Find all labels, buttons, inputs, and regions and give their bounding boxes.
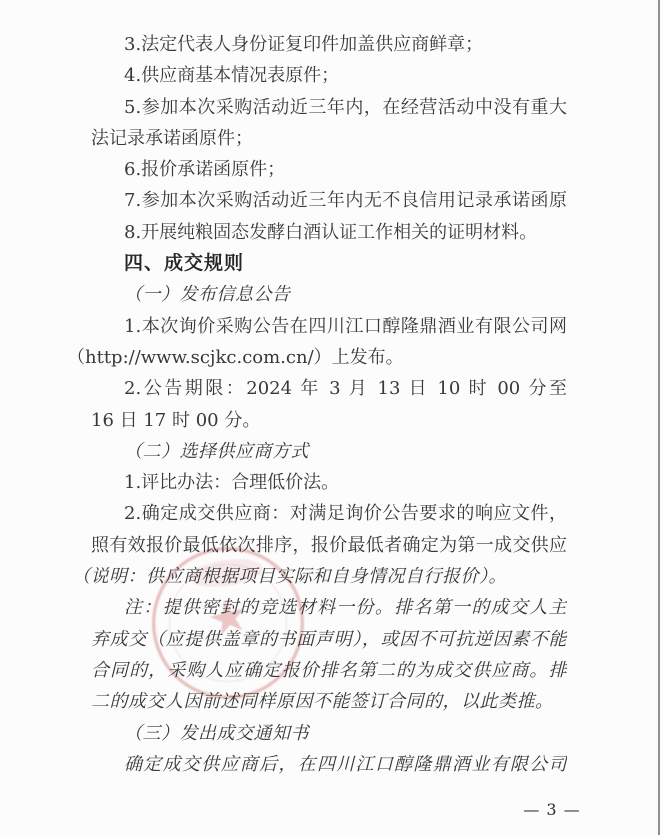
text-line: 二的成交人因前述同样原因不能签订合同的，以此类推。 [91,686,567,717]
page-number: — 3 — [512,800,592,819]
text-line: 2.公告期限：2024 年 3 月 13 日 10 时 00 分至 2024 年… [91,373,567,404]
subsection-heading: （二）选择供应商方式 [91,436,567,467]
text-line: 5.参加本次采购活动近三年内，在经营活动中没有重大违 [91,92,567,123]
text-line: 3.法定代表人身份证复印件加盖供应商鲜章； [91,29,567,60]
section-heading: 四、成交规则 [91,248,567,279]
text-line: 6.报价承诺函原件； [91,154,567,185]
text-line: （http://www.scjkc.com.cn/）上发布。 [67,342,567,373]
document-page: ★ 3.法定代表人身份证复印件加盖供应商鲜章； 4.供应商基本情况表原件； 5.… [0,0,661,835]
text-line: 2.确定成交供应商：对满足询价公告要求的响应文件，按 [91,498,567,529]
text-line: 照有效报价最低依次排序，报价最低者确定为第一成交供应商 [91,530,567,561]
text-line: 16 日 17 时 00 分。 [91,405,567,436]
text-line: 确定成交供应商后，在四川江口醇隆鼎酒业有限公司网站 [91,749,567,780]
text-line: 法记录承诺函原件； [91,123,567,154]
text-line: 1.本次询价采购公告在四川江口醇隆鼎酒业有限公司网站 [91,311,567,342]
text-line: 合同的，采购人应确定报价排名第二的为成交供应商。排名第 [91,655,567,686]
scan-edge-artifact [658,0,660,835]
text-line: 8.开展纯粮固态发酵白酒认证工作相关的证明材料。 [91,217,567,248]
text-line: 1.评比办法：合理低价法。 [91,467,567,498]
text-line: （说明：供应商根据项目实际和自身情况自行报价）。 [72,561,567,592]
subsection-heading: （一）发布信息公告 [91,279,567,310]
text-line: 4.供应商基本情况表原件； [91,60,567,91]
text-line: 注：提供密封的竞选材料一份。排名第一的成交人主动放 [91,592,567,623]
text-line: 7.参加本次采购活动近三年内无不良信用记录承诺函原件； [91,185,567,216]
subsection-heading: （三）发出成交通知书 [91,718,567,749]
text-line: 弃成交（应提供盖章的书面声明），或因不可抗逆因素不能履行 [91,624,567,655]
body-text: 3.法定代表人身份证复印件加盖供应商鲜章； 4.供应商基本情况表原件； 5.参加… [91,29,567,780]
